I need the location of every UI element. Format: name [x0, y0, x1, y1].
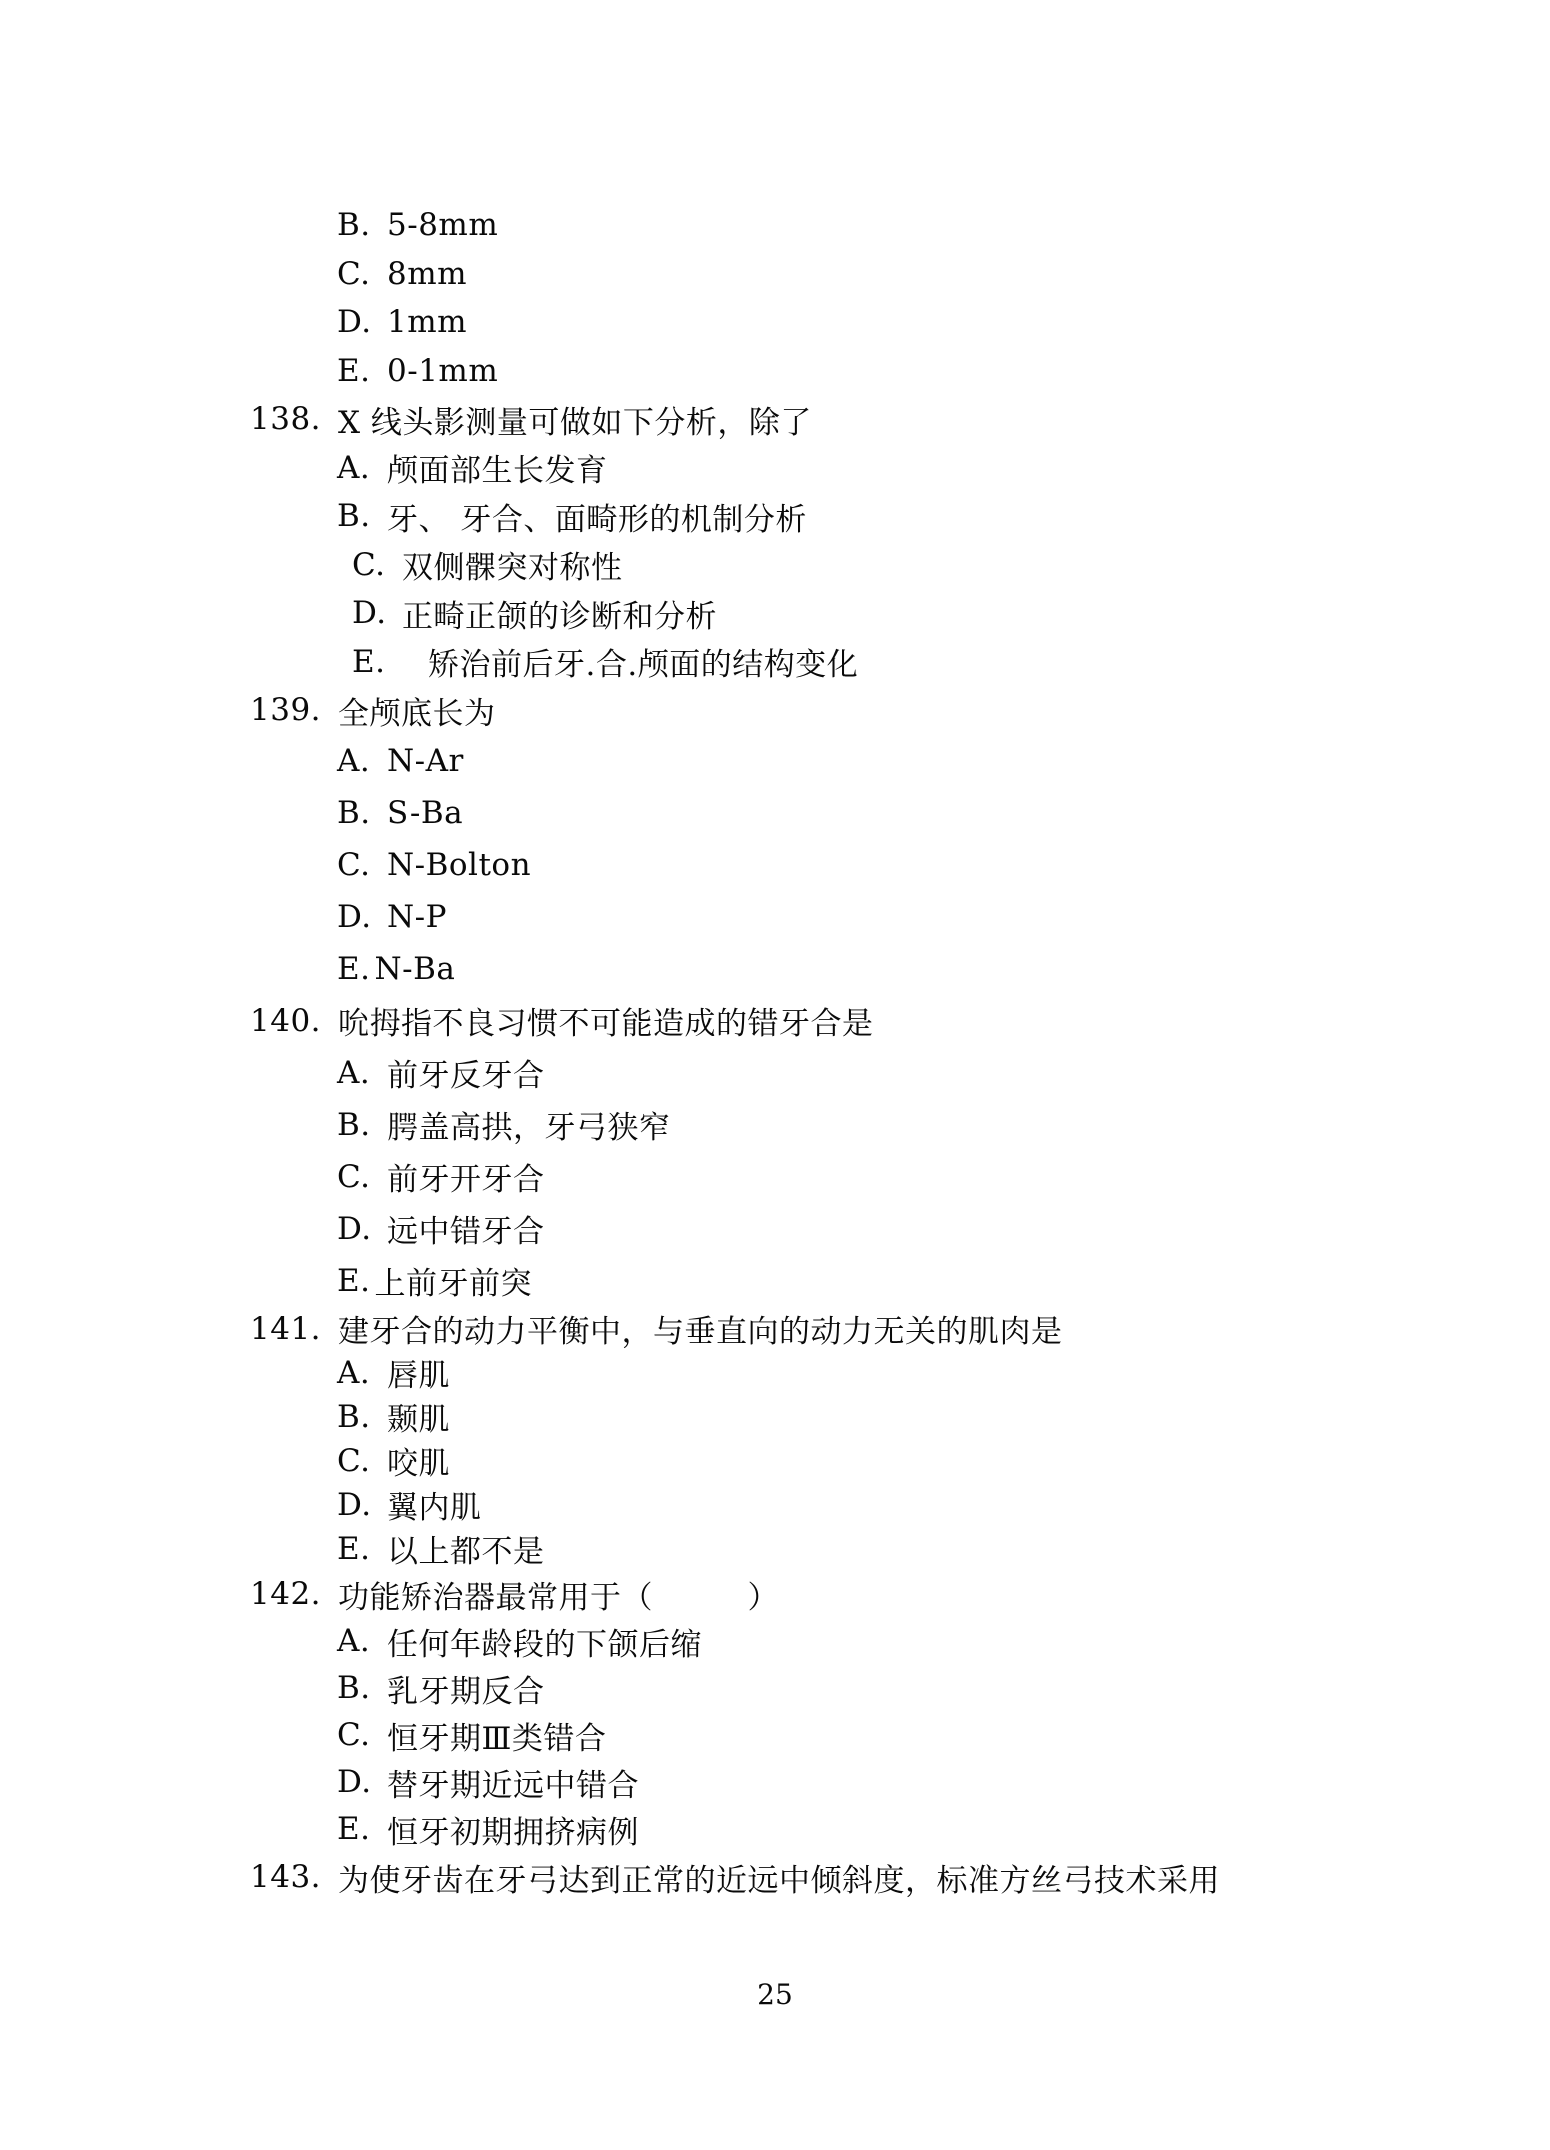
option-text: 以上都不是 — [387, 1526, 545, 1571]
option-line: A.N-Ar — [0, 735, 1550, 787]
option-text: 乳牙期反合 — [387, 1666, 545, 1711]
option-line: D.翼内肌 — [0, 1483, 1550, 1527]
option-label: D. — [337, 1487, 387, 1523]
option-text: 0-1mm — [387, 353, 498, 389]
option-label: D. — [337, 1764, 387, 1800]
question-line: 138.X 线头影测量可做如下分析，除了 — [0, 395, 1550, 444]
option-label: B. — [337, 1107, 387, 1143]
option-line: D.远中错牙合 — [0, 1203, 1550, 1255]
option-label: E. — [352, 644, 428, 680]
page-number: 25 — [0, 1978, 1550, 2011]
option-label: C. — [337, 847, 387, 883]
question-line: 142.功能矫治器最常用于（ ） — [0, 1571, 1550, 1618]
option-text: S-Ba — [387, 795, 463, 831]
option-label: D. — [337, 1211, 387, 1247]
option-text: 远中错牙合 — [387, 1206, 545, 1251]
option-text: 5-8mm — [387, 207, 498, 243]
option-text: N-P — [387, 899, 447, 935]
question-block-140: 140.吮拇指不良习惯不可能造成的错牙合是A.前牙反牙合B.腭盖高拱，牙弓狭窄C… — [0, 995, 1550, 1307]
option-line: E.恒牙初期拥挤病例 — [0, 1806, 1550, 1853]
option-label: A. — [337, 1355, 387, 1391]
option-text: 前牙反牙合 — [387, 1050, 545, 1095]
question-block-142: 142.功能矫治器最常用于（ ）A.任何年龄段的下颌后缩B.乳牙期反合C.恒牙期… — [0, 1571, 1550, 1853]
option-label: E. — [337, 1263, 374, 1299]
option-line: C.咬肌 — [0, 1439, 1550, 1483]
question-number: 143. — [250, 1859, 338, 1895]
option-label: B. — [337, 498, 387, 534]
option-text: N-Ar — [387, 743, 464, 779]
exam-document-page: B.5-8mmC.8mmD.1mmE.0-1mm138.X 线头影测量可做如下分… — [0, 0, 1550, 2150]
option-label: A. — [337, 450, 387, 486]
option-label: E. — [337, 353, 387, 389]
option-line: A.任何年龄段的下颌后缩 — [0, 1618, 1550, 1665]
option-line: E.上前牙前突 — [0, 1255, 1550, 1307]
option-text: 咬肌 — [387, 1438, 450, 1483]
option-label: A. — [337, 1055, 387, 1091]
option-line: B.腭盖高拱，牙弓狭窄 — [0, 1099, 1550, 1151]
option-line: A.颅面部生长发育 — [0, 444, 1550, 493]
option-label: C. — [337, 1717, 387, 1753]
leading-options-block: B.5-8mmC.8mmD.1mmE.0-1mm — [0, 201, 1550, 395]
option-line: E.矫治前后牙.合.颅面的结构变化 — [0, 638, 1550, 687]
option-line: B.乳牙期反合 — [0, 1665, 1550, 1712]
question-line: 140.吮拇指不良习惯不可能造成的错牙合是 — [0, 995, 1550, 1047]
option-text: 颅面部生长发育 — [387, 445, 608, 490]
question-number: 140. — [250, 1003, 338, 1039]
option-line: B.牙、 牙合、面畸形的机制分析 — [0, 492, 1550, 541]
option-label: B. — [337, 1670, 387, 1706]
question-number: 141. — [250, 1311, 338, 1347]
option-label: B. — [337, 1399, 387, 1435]
option-line: D.N-P — [0, 891, 1550, 943]
option-text: 恒牙初期拥挤病例 — [387, 1807, 639, 1852]
option-label: C. — [337, 256, 387, 292]
option-text: 正畸正颌的诊断和分析 — [402, 591, 717, 636]
question-list: B.5-8mmC.8mmD.1mmE.0-1mm138.X 线头影测量可做如下分… — [0, 201, 1550, 1902]
question-text: 全颅底长为 — [338, 688, 496, 733]
option-line: B.5-8mm — [0, 201, 1550, 250]
option-text: 任何年龄段的下颌后缩 — [387, 1619, 702, 1664]
option-text: N-Bolton — [387, 847, 531, 883]
option-line: D.替牙期近远中错合 — [0, 1759, 1550, 1806]
option-label: E. — [337, 951, 374, 987]
option-text: N-Ba — [374, 951, 455, 987]
question-text: 建牙合的动力平衡中，与垂直向的动力无关的肌肉是 — [338, 1306, 1063, 1351]
option-label: A. — [337, 1623, 387, 1659]
option-label: C. — [337, 1443, 387, 1479]
question-number: 142. — [250, 1576, 338, 1612]
option-text: 8mm — [387, 256, 467, 292]
option-line: E.N-Ba — [0, 943, 1550, 995]
option-text: 恒牙期Ⅲ类错合 — [387, 1713, 606, 1758]
option-line: E.0-1mm — [0, 347, 1550, 396]
question-block-139: 139.全颅底长为A.N-ArB.S-BaC.N-BoltonD.N-PE.N-… — [0, 686, 1550, 995]
option-text: 唇肌 — [387, 1350, 450, 1395]
question-block-141: 141.建牙合的动力平衡中，与垂直向的动力无关的肌肉是A.唇肌B.颞肌C.咬肌D… — [0, 1307, 1550, 1571]
question-text: 功能矫治器最常用于（ ） — [338, 1572, 779, 1617]
option-line: B.颞肌 — [0, 1395, 1550, 1439]
option-label: E. — [337, 1531, 387, 1567]
option-text: 矫治前后牙.合.颅面的结构变化 — [428, 639, 858, 684]
option-line: B.S-Ba — [0, 787, 1550, 839]
question-block-138: 138.X 线头影测量可做如下分析，除了A.颅面部生长发育B.牙、 牙合、面畸形… — [0, 395, 1550, 686]
option-label: A. — [337, 743, 387, 779]
option-text: 前牙开牙合 — [387, 1154, 545, 1199]
option-line: C.恒牙期Ⅲ类错合 — [0, 1712, 1550, 1759]
option-label: C. — [337, 1159, 387, 1195]
option-line: C.双侧髁突对称性 — [0, 541, 1550, 590]
option-label: D. — [352, 595, 402, 631]
option-label: B. — [337, 207, 387, 243]
option-line: C.前牙开牙合 — [0, 1151, 1550, 1203]
option-line: D.正畸正颌的诊断和分析 — [0, 589, 1550, 638]
option-text: 替牙期近远中错合 — [387, 1760, 639, 1805]
question-block-143: 143.为使牙齿在牙弓达到正常的近远中倾斜度，标准方丝弓技术采用 — [0, 1853, 1550, 1902]
option-text: 上前牙前突 — [374, 1258, 532, 1303]
question-text: 吮拇指不良习惯不可能造成的错牙合是 — [338, 998, 874, 1043]
option-label: B. — [337, 795, 387, 831]
option-label: E. — [337, 1811, 387, 1847]
option-text: 牙、 牙合、面畸形的机制分析 — [387, 494, 807, 539]
question-line: 139.全颅底长为 — [0, 686, 1550, 735]
question-number: 139. — [250, 692, 338, 728]
option-line: C.N-Bolton — [0, 839, 1550, 891]
option-text: 腭盖高拱，牙弓狭窄 — [387, 1102, 671, 1147]
question-text: 为使牙齿在牙弓达到正常的近远中倾斜度，标准方丝弓技术采用 — [338, 1855, 1220, 1900]
option-text: 翼内肌 — [387, 1482, 482, 1527]
question-number: 138. — [250, 401, 338, 437]
option-label: D. — [337, 304, 387, 340]
option-line: D.1mm — [0, 298, 1550, 347]
option-line: C.8mm — [0, 250, 1550, 299]
question-line: 143.为使牙齿在牙弓达到正常的近远中倾斜度，标准方丝弓技术采用 — [0, 1853, 1550, 1902]
option-text: 双侧髁突对称性 — [402, 542, 623, 587]
question-line: 141.建牙合的动力平衡中，与垂直向的动力无关的肌肉是 — [0, 1307, 1550, 1351]
option-label: C. — [352, 547, 402, 583]
option-line: E.以上都不是 — [0, 1527, 1550, 1571]
question-text: X 线头影测量可做如下分析，除了 — [338, 397, 812, 442]
option-line: A.前牙反牙合 — [0, 1047, 1550, 1099]
option-text: 1mm — [387, 304, 467, 340]
option-line: A.唇肌 — [0, 1351, 1550, 1395]
option-label: D. — [337, 899, 387, 935]
option-text: 颞肌 — [387, 1394, 450, 1439]
